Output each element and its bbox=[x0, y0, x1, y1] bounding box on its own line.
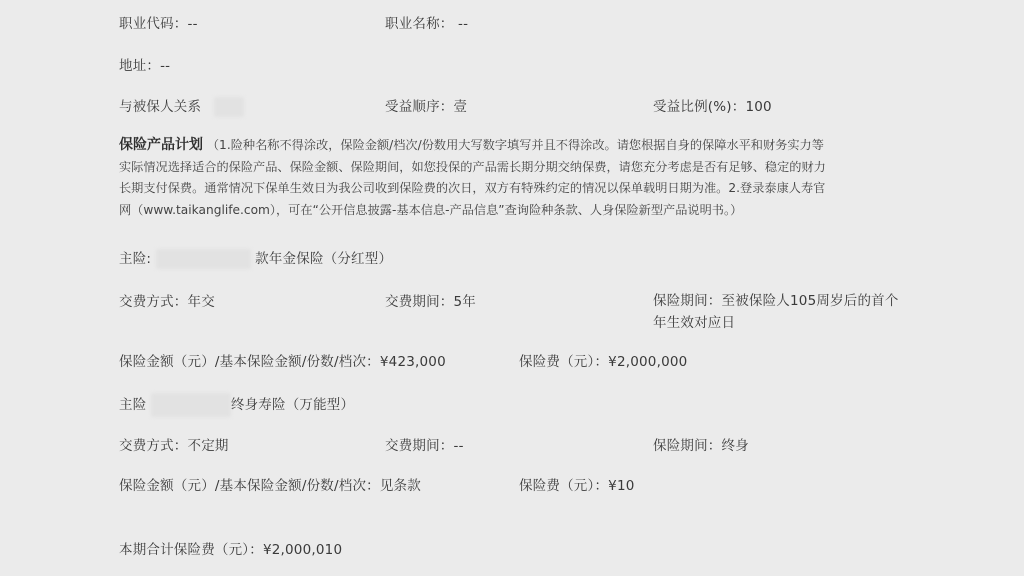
product-2-title: 主险 终身寿险（万能型） bbox=[119, 393, 354, 417]
plan-note-line-2: 实际情况选择适合的保险产品、保险金额、保险期间，如您投保的产品需长期分期交纳保费… bbox=[119, 157, 919, 179]
sum-insured-value: 见条款 bbox=[380, 478, 421, 494]
premium-value: ¥10 bbox=[608, 478, 634, 494]
product-1-name-suffix: 款年金保险（分红型） bbox=[255, 251, 392, 267]
payment-method-label: 交费方式： bbox=[119, 294, 188, 310]
plan-note-line-1: 保险产品计划 （1.险种名称不得涂改，保险金额/档次/份数用大写数字填写并且不得… bbox=[119, 135, 919, 157]
occupation-name-label: 职业名称： bbox=[385, 16, 454, 32]
plan-note: 保险产品计划 （1.险种名称不得涂改，保险金额/档次/份数用大写数字填写并且不得… bbox=[119, 135, 919, 221]
address-label: 地址： bbox=[119, 58, 160, 74]
redacted-relation bbox=[214, 97, 244, 117]
product-2-payment-period: 交费期间：-- bbox=[385, 434, 464, 454]
plan-heading: 保险产品计划 bbox=[119, 137, 203, 153]
product-2-premium: 保险费（元）：¥10 bbox=[519, 474, 635, 494]
product-2-main-label: 主险 bbox=[119, 397, 146, 413]
product-1-premium: 保险费（元）：¥2,000,000 bbox=[519, 350, 687, 370]
payment-period-value: -- bbox=[454, 438, 464, 454]
payment-method-value: 不定期 bbox=[188, 438, 229, 454]
product-1-sum-insured: 保险金额（元）/基本保险金额/份数/档次：¥423,000 bbox=[119, 350, 446, 370]
benefit-ratio: 受益比例(%)：100 bbox=[653, 95, 772, 115]
redacted-product-1-name bbox=[156, 249, 251, 269]
premium-label: 保险费（元）： bbox=[519, 478, 608, 494]
total-premium: 本期合计保险费（元）：¥2,000,010 bbox=[119, 538, 342, 558]
benefit-ratio-value: 100 bbox=[745, 99, 771, 115]
premium-value: ¥2,000,000 bbox=[608, 354, 687, 370]
product-1-title: 主险: 款年金保险（分红型） bbox=[119, 247, 392, 269]
coverage-period-value-line2: 年生效对应日 bbox=[653, 312, 899, 334]
occupation-code: 职业代码：-- bbox=[119, 12, 198, 32]
product-2-coverage-period: 保险期间：终身 bbox=[653, 434, 749, 454]
total-premium-value: ¥2,000,010 bbox=[263, 542, 342, 558]
address: 地址：-- bbox=[119, 54, 170, 74]
plan-note-text-1: （1.险种名称不得涂改，保险金额/档次/份数用大写数字填写并且不得涂改。请您根据… bbox=[207, 138, 824, 152]
product-2-name-suffix: 终身寿险（万能型） bbox=[231, 397, 354, 413]
beneficiary-order: 受益顺序：壹 bbox=[385, 95, 467, 115]
coverage-period-value: 终身 bbox=[722, 438, 749, 454]
address-value: -- bbox=[160, 58, 170, 74]
payment-method-label: 交费方式： bbox=[119, 438, 188, 454]
premium-label: 保险费（元）： bbox=[519, 354, 608, 370]
coverage-period-label: 保险期间： bbox=[653, 438, 722, 454]
occupation-name-value: -- bbox=[458, 16, 468, 32]
sum-insured-label: 保险金额（元）/基本保险金额/份数/档次： bbox=[119, 478, 380, 494]
occupation-code-value: -- bbox=[188, 16, 198, 32]
payment-method-value: 年交 bbox=[188, 294, 215, 310]
product-1-main-label: 主险: bbox=[119, 251, 151, 267]
product-1-coverage-period: 保险期间：至被保险人105周岁后的首个 年生效对应日 bbox=[653, 290, 899, 334]
product-1-payment-method: 交费方式：年交 bbox=[119, 290, 215, 310]
payment-period-label: 交费期间： bbox=[385, 438, 454, 454]
product-2-payment-method: 交费方式：不定期 bbox=[119, 434, 229, 454]
payment-period-value: 5年 bbox=[454, 294, 477, 310]
coverage-period-label: 保险期间： bbox=[653, 293, 722, 309]
occupation-code-label: 职业代码： bbox=[119, 16, 188, 32]
benefit-ratio-label: 受益比例(%)： bbox=[653, 99, 745, 115]
plan-note-line-4: 网（www.taikanglife.com），可在“公开信息披露-基本信息-产品… bbox=[119, 200, 919, 222]
relation-to-insured: 与被保人关系 bbox=[119, 95, 244, 117]
redacted-product-2-name bbox=[151, 393, 231, 417]
beneficiary-order-value: 壹 bbox=[454, 99, 468, 115]
product-1-payment-period: 交费期间：5年 bbox=[385, 290, 476, 310]
payment-period-label: 交费期间： bbox=[385, 294, 454, 310]
sum-insured-value: ¥423,000 bbox=[380, 354, 446, 370]
total-premium-label: 本期合计保险费（元）： bbox=[119, 542, 263, 558]
coverage-period-value-line1: 至被保险人105周岁后的首个 bbox=[722, 293, 899, 309]
product-2-sum-insured: 保险金额（元）/基本保险金额/份数/档次：见条款 bbox=[119, 474, 421, 494]
sum-insured-label: 保险金额（元）/基本保险金额/份数/档次： bbox=[119, 354, 380, 370]
plan-note-line-3: 长期支付保费。通常情况下保单生效日为我公司收到保险费的次日，双方有特殊约定的情况… bbox=[119, 178, 919, 200]
beneficiary-order-label: 受益顺序： bbox=[385, 99, 454, 115]
relation-label: 与被保人关系 bbox=[119, 99, 201, 115]
occupation-name: 职业名称： -- bbox=[385, 12, 468, 32]
